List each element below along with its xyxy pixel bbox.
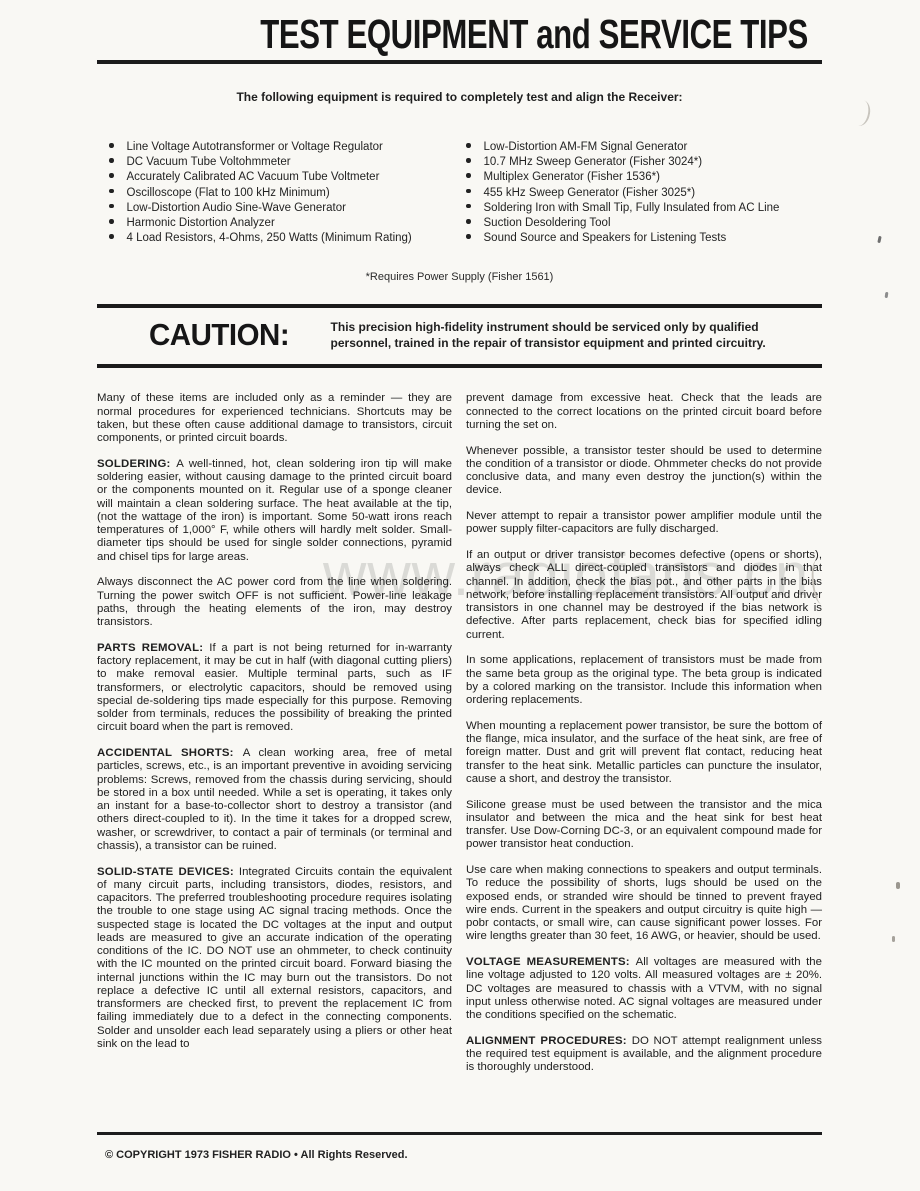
- body-paragraph: Silicone grease must be used between the…: [466, 799, 822, 852]
- paragraph-text: Silicone grease must be used between the…: [466, 799, 822, 851]
- left-column: Many of these items are included only as…: [97, 392, 452, 1087]
- equipment-list-right: Low-Distortion AM-FM Signal Generator 10…: [452, 140, 822, 246]
- equipment-item: Sound Source and Speakers for Listening …: [466, 231, 822, 246]
- section-heading: SOLID-STATE DEVICES:: [97, 866, 239, 878]
- body-columns: Many of these items are included only as…: [97, 392, 822, 1087]
- section-heading: ACCIDENTAL SHORTS:: [97, 747, 243, 759]
- paragraph-text: A well-tinned, hot, clean soldering iron…: [97, 458, 452, 563]
- caution-box: CAUTION: This precision high-fidelity in…: [97, 304, 822, 368]
- equipment-item-label: Harmonic Distortion Analyzer: [127, 216, 275, 231]
- body-paragraph: PARTS REMOVAL:If a part is not being ret…: [97, 642, 452, 735]
- equipment-item-label: Accurately Calibrated AC Vacuum Tube Vol…: [127, 170, 380, 185]
- body-paragraph: Always disconnect the AC power cord from…: [97, 576, 452, 629]
- bullet-icon: [109, 158, 114, 163]
- equipment-item: 4 Load Resistors, 4-Ohms, 250 Watts (Min…: [109, 231, 452, 246]
- section-heading: ALIGNMENT PROCEDURES:: [466, 1035, 632, 1047]
- bullet-icon: [109, 143, 114, 148]
- body-paragraph: Never attempt to repair a transistor pow…: [466, 510, 822, 537]
- paragraph-text: A clean working area, free of metal part…: [97, 747, 452, 852]
- body-paragraph: In some applications, replacement of tra…: [466, 654, 822, 707]
- equipment-item: Line Voltage Autotransformer or Voltage …: [109, 140, 452, 155]
- paragraph-text: If a part is not being returned for in-w…: [97, 642, 452, 734]
- equipment-item-label: Suction Desoldering Tool: [484, 216, 611, 231]
- equipment-item: Oscilloscope (Flat to 100 kHz Minimum): [109, 186, 452, 201]
- scan-artifact: [877, 236, 881, 243]
- bullet-icon: [466, 234, 471, 239]
- paragraph-text: Always disconnect the AC power cord from…: [97, 576, 452, 628]
- section-heading: PARTS REMOVAL:: [97, 642, 209, 654]
- equipment-item-label: 4 Load Resistors, 4-Ohms, 250 Watts (Min…: [127, 231, 412, 246]
- equipment-item-label: DC Vacuum Tube Voltohmmeter: [127, 155, 291, 170]
- bullet-icon: [466, 158, 471, 163]
- body-paragraph: ACCIDENTAL SHORTS:A clean working area, …: [97, 747, 452, 853]
- page-footer: © COPYRIGHT 1973 FISHER RADIO • All Righ…: [97, 1132, 822, 1161]
- paragraph-text: If an output or driver transistor become…: [466, 549, 822, 641]
- bullet-icon: [109, 204, 114, 209]
- equipment-item: Low-Distortion AM-FM Signal Generator: [466, 140, 822, 155]
- bullet-icon: [466, 219, 471, 224]
- equipment-item: Low-Distortion Audio Sine-Wave Generator: [109, 201, 452, 216]
- bullet-icon: [109, 173, 114, 178]
- body-paragraph: SOLDERING:A well-tinned, hot, clean sold…: [97, 458, 452, 564]
- bullet-icon: [109, 189, 114, 194]
- bullet-icon: [109, 234, 114, 239]
- paragraph-text: Many of these items are included only as…: [97, 392, 452, 444]
- paragraph-text: When mounting a replacement power transi…: [466, 720, 822, 785]
- equipment-item-label: Multiplex Generator (Fisher 1536*): [484, 170, 660, 185]
- scan-artifact: [885, 292, 889, 298]
- footnote: *Requires Power Supply (Fisher 1561): [97, 271, 822, 283]
- equipment-item-label: Low-Distortion Audio Sine-Wave Generator: [127, 201, 346, 216]
- equipment-item: DC Vacuum Tube Voltohmmeter: [109, 155, 452, 170]
- scan-artifact: [892, 936, 895, 942]
- equipment-item-label: 455 kHz Sweep Generator (Fisher 3025*): [484, 186, 696, 201]
- equipment-lists: Line Voltage Autotransformer or Voltage …: [97, 140, 822, 246]
- paragraph-text: Integrated Circuits contain the equivale…: [97, 866, 452, 1050]
- title-rule: [97, 60, 822, 64]
- paragraph-text: Never attempt to repair a transistor pow…: [466, 510, 822, 535]
- equipment-item: Harmonic Distortion Analyzer: [109, 216, 452, 231]
- equipment-item-label: Line Voltage Autotransformer or Voltage …: [127, 140, 383, 155]
- body-paragraph: Use care when making connections to spea…: [466, 864, 822, 944]
- equipment-item-label: 10.7 MHz Sweep Generator (Fisher 3024*): [484, 155, 703, 170]
- paragraph-text: In some applications, replacement of tra…: [466, 654, 822, 706]
- body-paragraph: When mounting a replacement power transi…: [466, 720, 822, 786]
- scan-artifact: [849, 98, 872, 127]
- equipment-list-left: Line Voltage Autotransformer or Voltage …: [97, 140, 452, 246]
- bullet-icon: [466, 204, 471, 209]
- paragraph-text: prevent damage from excessive heat. Chec…: [466, 392, 822, 431]
- caution-text: This precision high-fidelity instrument …: [331, 319, 822, 351]
- equipment-item: 455 kHz Sweep Generator (Fisher 3025*): [466, 186, 822, 201]
- bullet-icon: [466, 143, 471, 148]
- equipment-item-label: Sound Source and Speakers for Listening …: [484, 231, 727, 246]
- equipment-item: 10.7 MHz Sweep Generator (Fisher 3024*): [466, 155, 822, 170]
- equipment-item: Multiplex Generator (Fisher 1536*): [466, 170, 822, 185]
- body-paragraph: SOLID-STATE DEVICES:Integrated Circuits …: [97, 866, 452, 1052]
- section-heading: VOLTAGE MEASUREMENTS:: [466, 956, 636, 968]
- section-heading: SOLDERING:: [97, 458, 176, 470]
- equipment-item: Accurately Calibrated AC Vacuum Tube Vol…: [109, 170, 452, 185]
- equipment-item-label: Oscilloscope (Flat to 100 kHz Minimum): [127, 186, 330, 201]
- body-paragraph: If an output or driver transistor become…: [466, 549, 822, 642]
- scan-artifact: [896, 882, 900, 889]
- right-column: prevent damage from excessive heat. Chec…: [466, 392, 822, 1087]
- footer-rule: [97, 1132, 822, 1135]
- equipment-item: Soldering Iron with Small Tip, Fully Ins…: [466, 201, 822, 216]
- paragraph-text: Whenever possible, a transistor tester s…: [466, 445, 822, 497]
- caution-label: CAUTION:: [149, 317, 289, 353]
- copyright: © COPYRIGHT 1973 FISHER RADIO • All Righ…: [105, 1149, 822, 1161]
- equipment-item: Suction Desoldering Tool: [466, 216, 822, 231]
- bullet-icon: [466, 189, 471, 194]
- bullet-icon: [109, 219, 114, 224]
- body-paragraph: Many of these items are included only as…: [97, 392, 452, 445]
- body-paragraph: prevent damage from excessive heat. Chec…: [466, 392, 822, 432]
- intro-text: The following equipment is required to c…: [97, 90, 822, 104]
- equipment-item-label: Low-Distortion AM-FM Signal Generator: [484, 140, 688, 155]
- equipment-item-label: Soldering Iron with Small Tip, Fully Ins…: [484, 201, 780, 216]
- bullet-icon: [466, 173, 471, 178]
- paragraph-text: Use care when making connections to spea…: [466, 864, 822, 942]
- body-paragraph: ALIGNMENT PROCEDURES:DO NOT attempt real…: [466, 1035, 822, 1075]
- body-paragraph: Whenever possible, a transistor tester s…: [466, 445, 822, 498]
- body-paragraph: VOLTAGE MEASUREMENTS:All voltages are me…: [466, 956, 822, 1022]
- page-title: TEST EQUIPMENT and SERVICE TIPS: [260, 12, 808, 57]
- document-page: TEST EQUIPMENT and SERVICE TIPS The foll…: [97, 0, 822, 1087]
